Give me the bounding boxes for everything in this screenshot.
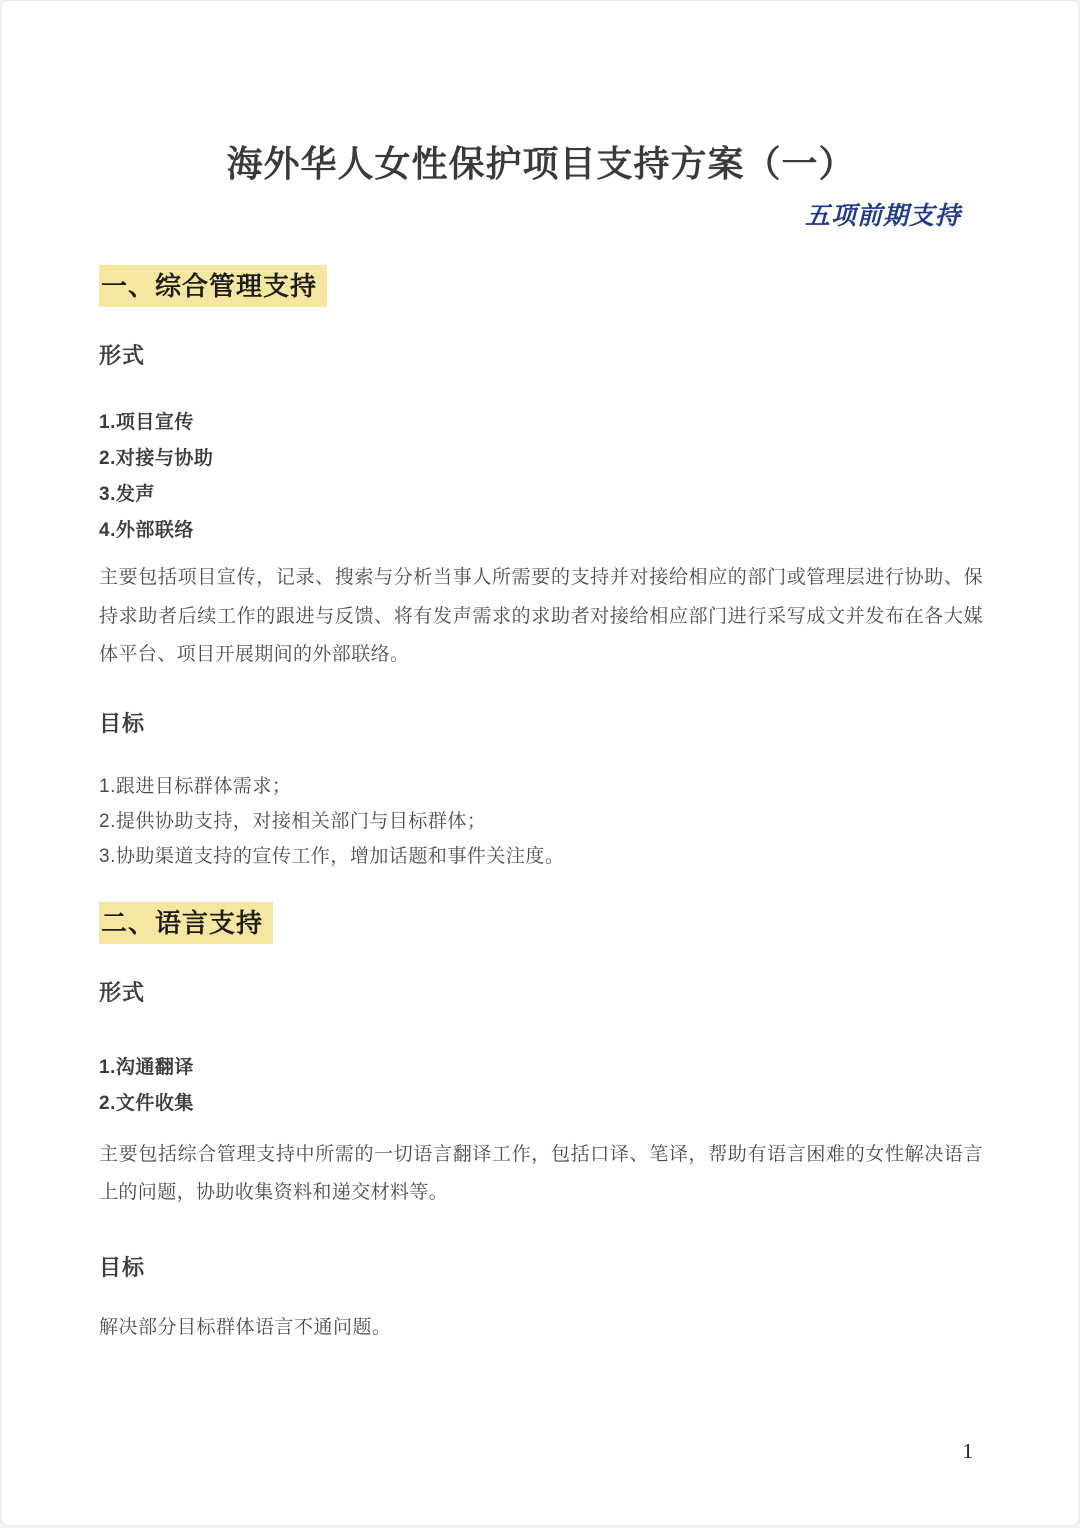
section-2-goal-sentence: 解决部分目标群体语言不通问题。 — [99, 1313, 983, 1343]
list-item: 1.项目宣传 — [99, 405, 983, 441]
section-1-goal-label: 目标 — [99, 709, 983, 739]
document-content: 海外华人女性保护项目支持方案（一） 五项前期支持 一、综合管理支持 形式 1.项… — [2, 141, 1078, 1343]
section-2-heading: 二、语言支持 — [99, 902, 273, 944]
section-2-form-list: 1.沟通翻译 2.文件收集 — [99, 1050, 983, 1122]
page-title: 海外华人女性保护项目支持方案（一） — [99, 141, 983, 187]
list-item: 3.协助渠道支持的宣传工作，增加话题和事件关注度。 — [99, 839, 983, 874]
document-subtitle: 五项前期支持 — [99, 199, 961, 233]
list-item: 2.提供协助支持，对接相关部门与目标群体； — [99, 804, 983, 839]
section-1-heading: 一、综合管理支持 — [99, 265, 327, 307]
list-item: 1.跟进目标群体需求； — [99, 769, 983, 804]
section-2-form-label: 形式 — [99, 978, 983, 1008]
section-2-goal-label: 目标 — [99, 1253, 983, 1283]
document-page: 海外华人女性保护项目支持方案（一） 五项前期支持 一、综合管理支持 形式 1.项… — [1, 0, 1079, 1526]
list-item: 3.发声 — [99, 477, 983, 513]
section-1-heading-row: 一、综合管理支持 — [99, 265, 983, 307]
list-item: 4.外部联络 — [99, 513, 983, 549]
list-item: 2.对接与协助 — [99, 441, 983, 477]
section-1-goal-list: 1.跟进目标群体需求； 2.提供协助支持，对接相关部门与目标群体； 3.协助渠道… — [99, 769, 983, 874]
page-number: 1 — [963, 1439, 974, 1464]
list-item: 2.文件收集 — [99, 1086, 983, 1122]
section-2-description: 主要包括综合管理支持中所需的一切语言翻译工作，包括口译、笔译，帮助有语言困难的女… — [99, 1136, 983, 1213]
list-item: 1.沟通翻译 — [99, 1050, 983, 1086]
section-1-description: 主要包括项目宣传，记录、搜索与分析当事人所需要的支持并对接给相应的部门或管理层进… — [99, 559, 983, 675]
section-1-form-list: 1.项目宣传 2.对接与协助 3.发声 4.外部联络 — [99, 405, 983, 549]
section-1-form-label: 形式 — [99, 341, 983, 371]
section-2-heading-row: 二、语言支持 — [99, 902, 983, 944]
